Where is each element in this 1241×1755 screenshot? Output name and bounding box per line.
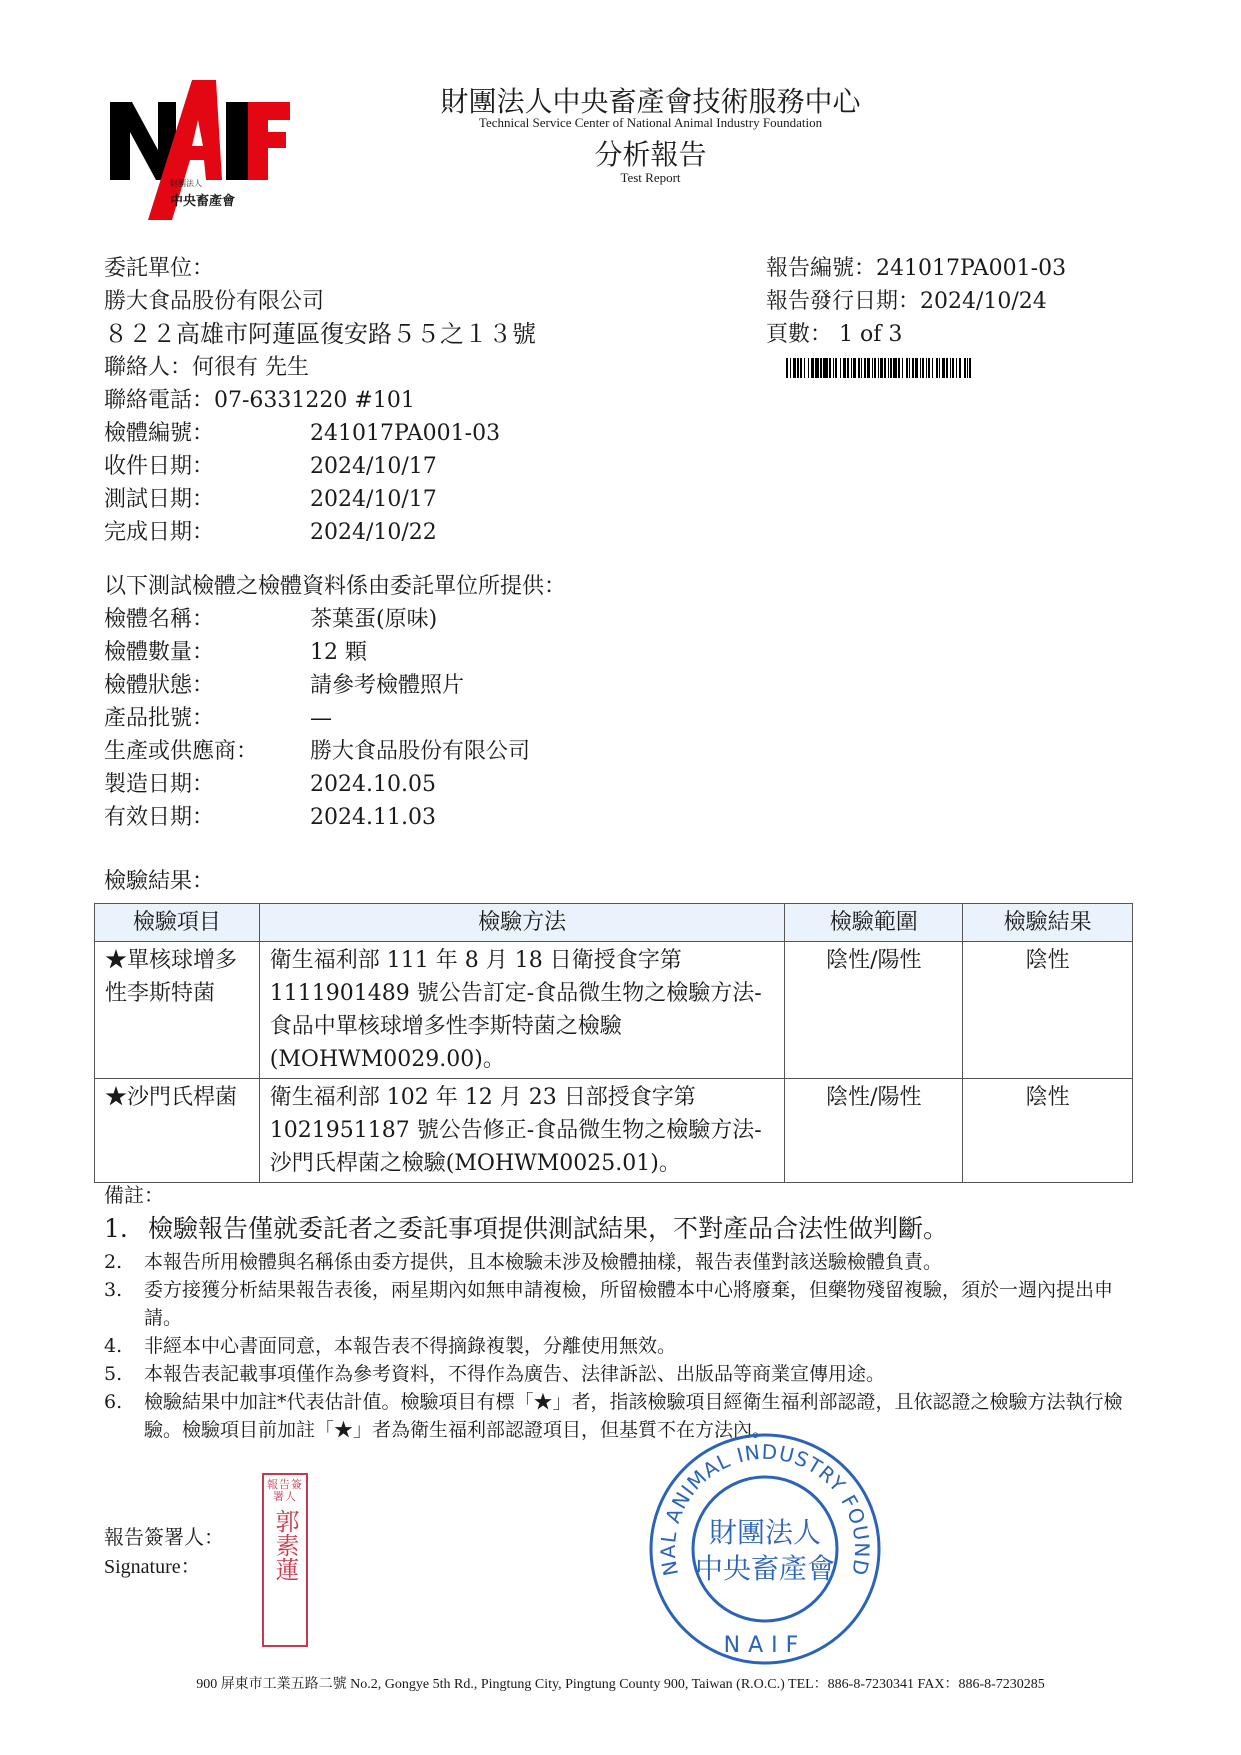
provided-row: 製造日期：2024.10.05 <box>104 768 566 801</box>
report-meta: 報告編號：241017PA001-03 報告發行日期：2024/10/24 頁數… <box>766 252 1066 351</box>
col-header-item: 檢驗項目 <box>95 904 260 942</box>
results-table: 檢驗項目 檢驗方法 檢驗範圍 檢驗結果 ★單核球增多性李斯特菌 衛生福利部 11… <box>94 903 1133 1183</box>
report-title-zh: 分析報告 <box>0 133 1241 173</box>
sample-info-row: 收件日期：2024/10/17 <box>104 450 536 483</box>
signature-label-en: Signature： <box>104 1552 224 1582</box>
provided-row: 產品批號：— <box>104 702 566 735</box>
client-block: 委託單位： 勝大食品股份有限公司 ８２２高雄市阿蓮區復安路５５之１３號 聯絡人：… <box>104 252 536 549</box>
note-item: 5.本報告表記載事項僅作為參考資料，不得作為廣告、法律訴訟、出版品等商業宣傳用途… <box>104 1360 1144 1388</box>
sample-info-row: 測試日期：2024/10/17 <box>104 483 536 516</box>
provided-row: 檢體數量：12 顆 <box>104 636 566 669</box>
report-title-en: Test Report <box>0 170 1241 186</box>
client-label: 委託單位： <box>104 252 536 285</box>
svg-text:中央畜產會: 中央畜產會 <box>695 1552 835 1585</box>
cell-range: 陰性/陽性 <box>785 1079 963 1183</box>
table-header-row: 檢驗項目 檢驗方法 檢驗範圍 檢驗結果 <box>95 904 1133 942</box>
org-name-zh: 財團法人中央畜產會技術服務中心 <box>0 80 1241 120</box>
col-header-result: 檢驗結果 <box>963 904 1133 942</box>
signatory-seal: 報告簽署人 郭素蓮 <box>262 1473 308 1647</box>
note-item: 1.檢驗報告僅就委託者之委託事項提供測試結果，不對產品合法性做判斷。 <box>104 1210 1144 1248</box>
col-header-range: 檢驗範圍 <box>785 904 963 942</box>
signature-label: 報告簽署人： Signature： <box>104 1522 224 1582</box>
provided-row: 檢體狀態：請參考檢體照片 <box>104 669 566 702</box>
cell-method: 衛生福利部 111 年 8 月 18 日衛授食字第 1111901489 號公告… <box>259 942 785 1079</box>
cell-method: 衛生福利部 102 年 12 月 23 日部授食字第 1021951187 號公… <box>259 1079 785 1183</box>
provided-intro: 以下測試檢體之檢體資料係由委託單位所提供： <box>104 570 566 603</box>
note-item: 6.檢驗結果中加註*代表估計值。檢驗項目有標「★」者，指該檢驗項目經衛生福利部認… <box>104 1388 1144 1444</box>
cell-item: ★單核球增多性李斯特菌 <box>95 942 260 1079</box>
svg-text:NAIF: NAIF <box>724 1633 807 1658</box>
provided-block: 以下測試檢體之檢體資料係由委託單位所提供： 檢體名稱：茶葉蛋(原味) 檢體數量：… <box>104 570 566 834</box>
logo-sub: 中央畜產會 <box>170 190 235 209</box>
footer-address: 900 屏東市工業五路二號 No.2, Gongye 5th Rd., Ping… <box>0 1673 1241 1693</box>
client-address: ８２２高雄市阿蓮區復安路５５之１３號 <box>104 318 536 351</box>
svg-text:財團法人: 財團法人 <box>709 1516 821 1549</box>
cell-result: 陰性 <box>963 1079 1133 1183</box>
naif-stamp: NATIONAL ANIMAL INDUSTRY FOUNDATION NAIF… <box>648 1432 882 1666</box>
notes-label: 備註： <box>104 1180 1144 1210</box>
stamp-icon: NATIONAL ANIMAL INDUSTRY FOUNDATION NAIF… <box>648 1432 882 1666</box>
barcode-icon <box>786 358 1076 378</box>
col-header-method: 檢驗方法 <box>259 904 785 942</box>
sample-info-row: 完成日期：2024/10/22 <box>104 516 536 549</box>
cell-range: 陰性/陽性 <box>785 942 963 1079</box>
provided-row: 生產或供應商：勝大食品股份有限公司 <box>104 735 566 768</box>
table-row: ★單核球增多性李斯特菌 衛生福利部 111 年 8 月 18 日衛授食字第 11… <box>95 942 1133 1079</box>
results-label: 檢驗結果： <box>104 865 214 898</box>
report-pages: 頁數： 1 of 3 <box>766 318 1066 351</box>
client-phone: 聯絡電話：07-6331220 #101 <box>104 384 536 417</box>
report-issue-date: 報告發行日期：2024/10/24 <box>766 285 1066 318</box>
note-item: 2.本報告所用檢體與名稱係由委方提供，且本檢驗未涉及檢體抽樣，報告表僅對該送驗檢… <box>104 1248 1144 1276</box>
notes-block: 備註： 1.檢驗報告僅就委託者之委託事項提供測試結果，不對產品合法性做判斷。 2… <box>104 1180 1144 1444</box>
cell-item: ★沙門氏桿菌 <box>95 1079 260 1183</box>
table-row: ★沙門氏桿菌 衛生福利部 102 年 12 月 23 日部授食字第 102195… <box>95 1079 1133 1183</box>
cell-result: 陰性 <box>963 942 1133 1079</box>
org-name-en: Technical Service Center of National Ani… <box>0 115 1241 131</box>
provided-row: 檢體名稱：茶葉蛋(原味) <box>104 603 566 636</box>
note-item: 3.委方接獲分析結果報告表後，兩星期內如無申請複檢，所留檢體本中心將廢棄，但藥物… <box>104 1276 1144 1332</box>
note-item: 4.非經本中心書面同意，本報告表不得摘錄複製，分離使用無效。 <box>104 1332 1144 1360</box>
client-contact: 聯絡人：何很有 先生 <box>104 351 536 384</box>
client-company: 勝大食品股份有限公司 <box>104 285 536 318</box>
report-number: 報告編號：241017PA001-03 <box>766 252 1066 285</box>
sample-info-row: 檢體編號：241017PA001-03 <box>104 417 536 450</box>
signature-label-zh: 報告簽署人： <box>104 1522 224 1552</box>
provided-row: 有效日期：2024.11.03 <box>104 801 566 834</box>
